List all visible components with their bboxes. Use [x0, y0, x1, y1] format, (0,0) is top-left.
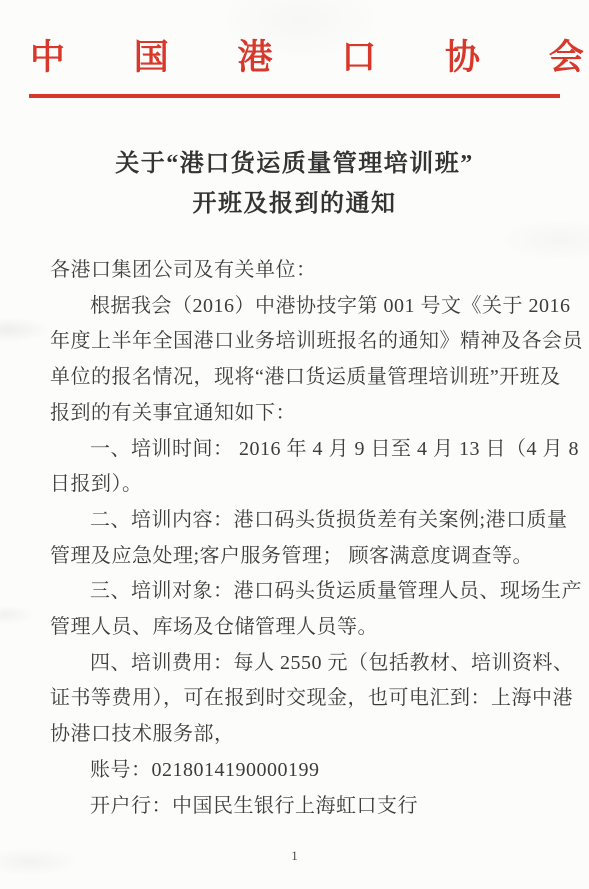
body-line: 证书等费用），可在报到时交现金，也可电汇到：上海中港: [50, 681, 544, 717]
body-line: 根据我会（2016）中港协技字第 001 号文《关于 2016: [50, 289, 544, 325]
document-title-line-2: 开班及报到的通知: [0, 184, 589, 224]
body-line-training-target: 三、培训对象：港口码头货运质量管理人员、现场生产: [50, 574, 544, 610]
salutation-line: 各港口集团公司及有关单位：: [50, 253, 544, 289]
page-number: 1: [0, 848, 589, 864]
body-line: 管理及应急处理;客户服务管理； 顾客满意度调查等。: [50, 539, 544, 575]
bank-branch-line: 开户行：中国民生银行上海虹口支行: [50, 789, 544, 825]
document-title: 关于“港口货运质量管理培训班” 开班及报到的通知: [0, 144, 589, 224]
body-line: 单位的报名情况，现将“港口货运质量管理培训班”开班及: [50, 360, 544, 396]
bank-account-number-line: 账号：0218014190000199: [50, 753, 544, 789]
body-line-training-time: 一、培训时间： 2016 年 4 月 9 日至 4 月 13 日（4 月 8: [50, 432, 544, 468]
body-line-training-fee: 四、培训费用：每人 2550 元（包括教材、培训资料、: [50, 646, 544, 682]
body-line: 报到的有关事宜通知如下：: [50, 396, 544, 432]
letterhead-org-name: 中 国 港 口 协 会: [0, 34, 589, 82]
body-line: 年度上半年全国港口业务培训班报名的通知》精神及各会员: [50, 324, 544, 360]
document-title-line-1: 关于“港口货运质量管理培训班”: [0, 144, 589, 184]
scanned-document-page: 中 国 港 口 协 会 关于“港口货运质量管理培训班” 开班及报到的通知 各港口…: [0, 0, 589, 889]
body-line: 日报到）。: [50, 467, 544, 503]
letterhead-divider-rule: [29, 94, 560, 98]
body-line-training-content: 二、培训内容：港口码头货损货差有关案例;港口质量: [50, 503, 544, 539]
body-line: 管理人员、库场及仓储管理人员等。: [50, 610, 544, 646]
document-body: 各港口集团公司及有关单位： 根据我会（2016）中港协技字第 001 号文《关于…: [50, 253, 544, 824]
body-line: 协港口技术服务部，: [50, 717, 544, 753]
